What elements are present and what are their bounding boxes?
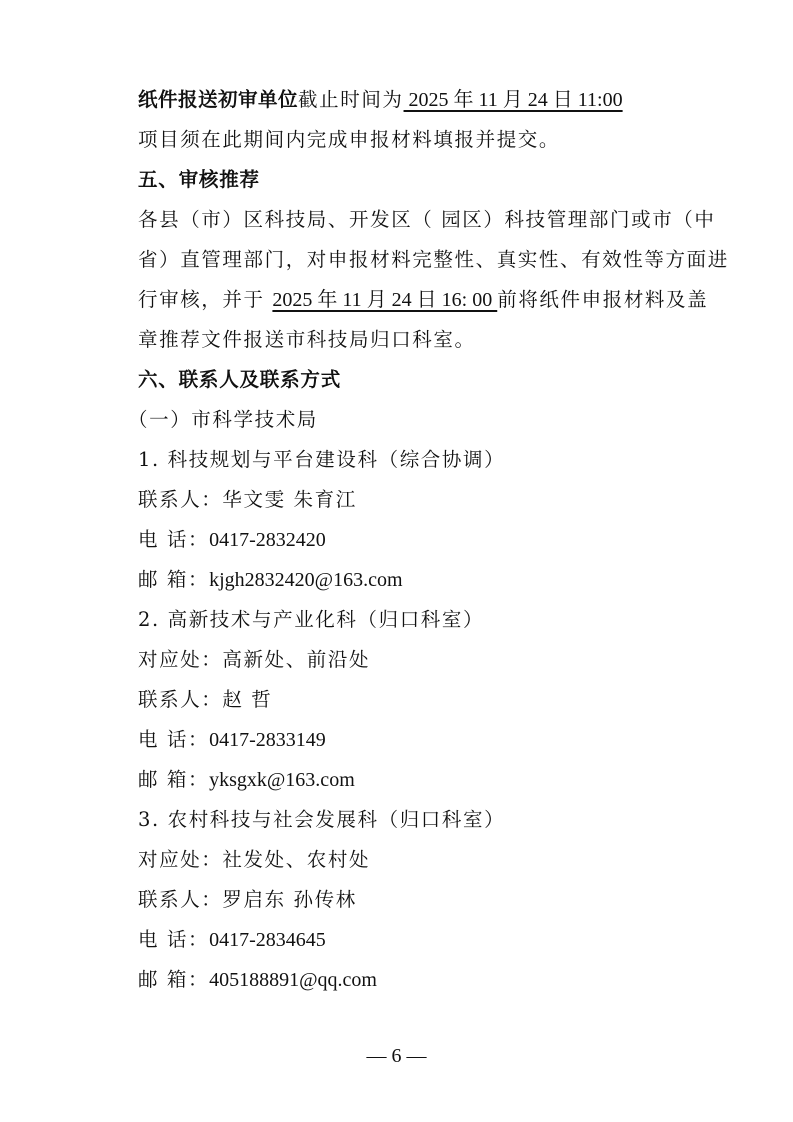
email-label: 邮 箱：	[138, 768, 209, 791]
department-1-title: 1. 科技规划与平台建设科（综合协调）	[138, 440, 683, 480]
email-label: 邮 箱：	[138, 968, 209, 991]
section6-heading: 六、联系人及联系方式	[138, 360, 683, 400]
section5-para-line-2: 省）直管理部门，对申报材料完整性、真实性、有效性等方面进	[138, 240, 683, 280]
department-2-office: 对应处：高新处、前沿处	[138, 640, 683, 680]
review-deadline-date: 2025 年 11 月 24 日 16: 00	[272, 289, 497, 311]
deadline-date: 2025 年 11 月 24 日 11:00	[404, 89, 623, 111]
phone-label: 电 话：	[138, 728, 209, 751]
department-3-phone: 电 话：0417-2834645	[138, 920, 683, 960]
contact-label: 联系人：	[138, 688, 222, 711]
department-3-email: 邮 箱：405188891@qq.com	[138, 960, 683, 1000]
phone-value: 0417-2834645	[209, 929, 326, 951]
phone-label: 电 话：	[138, 528, 209, 551]
section5-heading: 五、审核推荐	[138, 160, 683, 200]
email-link[interactable]: kjgh2832420@163.com	[209, 569, 402, 591]
office-value: 高新处、前沿处	[222, 648, 370, 671]
document-page: 纸件报送初审单位截止时间为 2025 年 11 月 24 日 11:00 项目须…	[0, 0, 793, 1122]
phone-label: 电 话：	[138, 928, 209, 951]
section5-line3-prefix: 行审核，并于	[138, 288, 272, 311]
department-3-office: 对应处：社发处、农村处	[138, 840, 683, 880]
contact-value: 赵 哲	[222, 688, 272, 711]
submission-note: 项目须在此期间内完成申报材料填报并提交。	[138, 120, 683, 160]
department-2-phone: 电 话：0417-2833149	[138, 720, 683, 760]
department-2-email: 邮 箱：yksgxk@163.com	[138, 760, 683, 800]
section5-line3-suffix: 前将纸件申报材料及盖	[497, 288, 708, 311]
contact-label: 联系人：	[138, 888, 222, 911]
section6-subheading: （一）市科学技术局	[128, 400, 673, 440]
deadline-bold-prefix: 纸件报送初审单位	[138, 88, 298, 111]
deadline-line: 纸件报送初审单位截止时间为 2025 年 11 月 24 日 11:00	[138, 80, 683, 120]
department-1-email: 邮 箱：kjgh2832420@163.com	[138, 560, 683, 600]
section5-para-line-1: 各县（市）区科技局、开发区（ 园区）科技管理部门或市（中	[138, 200, 683, 240]
phone-value: 0417-2832420	[209, 529, 326, 551]
department-1-phone: 电 话：0417-2832420	[138, 520, 683, 560]
department-3-title: 3. 农村科技与社会发展科（归口科室）	[138, 800, 683, 840]
phone-value: 0417-2833149	[209, 729, 326, 751]
office-label: 对应处：	[138, 848, 222, 871]
deadline-text: 截止时间为	[298, 88, 404, 111]
office-label: 对应处：	[138, 648, 222, 671]
email-link[interactable]: yksgxk@163.com	[209, 769, 355, 791]
email-label: 邮 箱：	[138, 568, 209, 591]
contact-value: 华文雯 朱育江	[222, 488, 356, 511]
contact-value: 罗启东 孙传林	[222, 888, 356, 911]
section5-para-line-4: 章推荐文件报送市科技局归口科室。	[138, 320, 683, 360]
page-number: — 6 —	[0, 1045, 793, 1068]
section5-para-line-3: 行审核，并于 2025 年 11 月 24 日 16: 00 前将纸件申报材料及…	[138, 280, 683, 320]
office-value: 社发处、农村处	[222, 848, 370, 871]
department-1-contact: 联系人：华文雯 朱育江	[138, 480, 683, 520]
department-2-contact: 联系人：赵 哲	[138, 680, 683, 720]
contact-label: 联系人：	[138, 488, 222, 511]
email-link[interactable]: 405188891@qq.com	[209, 969, 377, 991]
department-2-title: 2. 高新技术与产业化科（归口科室）	[138, 600, 683, 640]
department-3-contact: 联系人：罗启东 孙传林	[138, 880, 683, 920]
